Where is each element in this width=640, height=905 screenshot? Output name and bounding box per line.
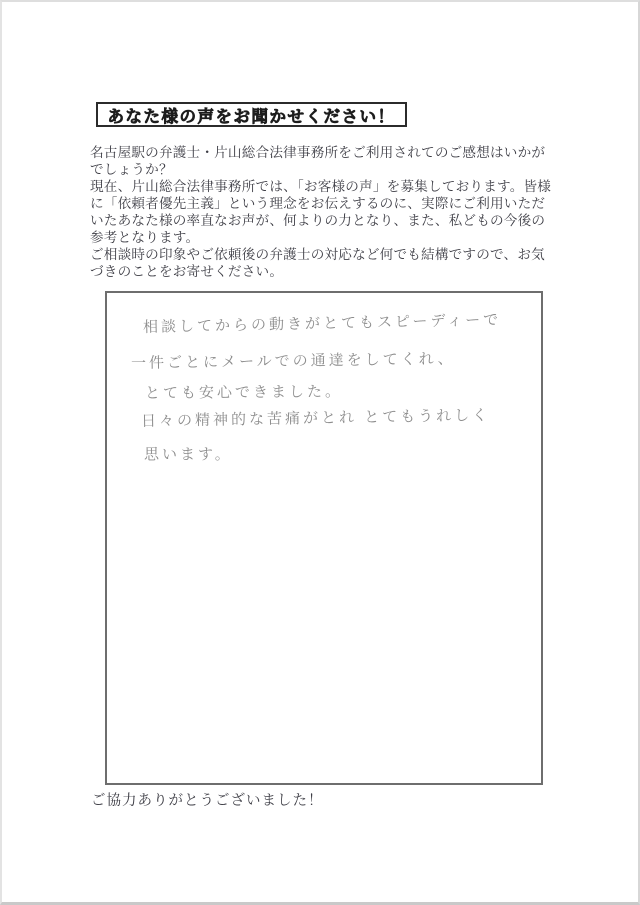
handwritten-line-5: 思います。	[144, 443, 233, 464]
handwritten-line-2: 一件ごとにメールでの通達をしてくれ、	[131, 347, 456, 373]
title-banner: あなた様の声をお聞かせください！	[96, 102, 407, 127]
handwritten-line-4: 日々の精神的な苦痛がとれ とてもうれしく	[141, 404, 490, 431]
title-banner-text: あなた様の声をお聞かせください！	[108, 103, 396, 127]
intro-paragraph-3: ご相談時の印象やご依頼後の弁護士の対応など何でも結構ですので、お気づきのことをお…	[90, 246, 558, 280]
closing-thanks-text: ご協力ありがとうございました！	[91, 789, 324, 810]
intro-paragraph-1: 名古屋駅の弁護士・片山総合法律事務所をご利用されてのご感想はいかがでしょうか？	[90, 144, 558, 178]
handwritten-line-3: とても安心できました。	[145, 380, 343, 403]
handwritten-line-1: 相談してからの動きがとてもスピーディーで	[143, 309, 502, 337]
intro-paragraph-2: 現在、片山総合法律事務所では、「お客様の声」を募集しております。皆様に「依頼者優…	[90, 178, 558, 246]
intro-text-block: 名古屋駅の弁護士・片山総合法律事務所をご利用されてのご感想はいかがでしょうか？ …	[90, 144, 558, 280]
scanned-feedback-document: あなた様の声をお聞かせください！ 名古屋駅の弁護士・片山総合法律事務所をご利用さ…	[0, 0, 640, 905]
handwritten-feedback-box: 相談してからの動きがとてもスピーディーで 一件ごとにメールでの通達をしてくれ、 …	[105, 291, 543, 785]
